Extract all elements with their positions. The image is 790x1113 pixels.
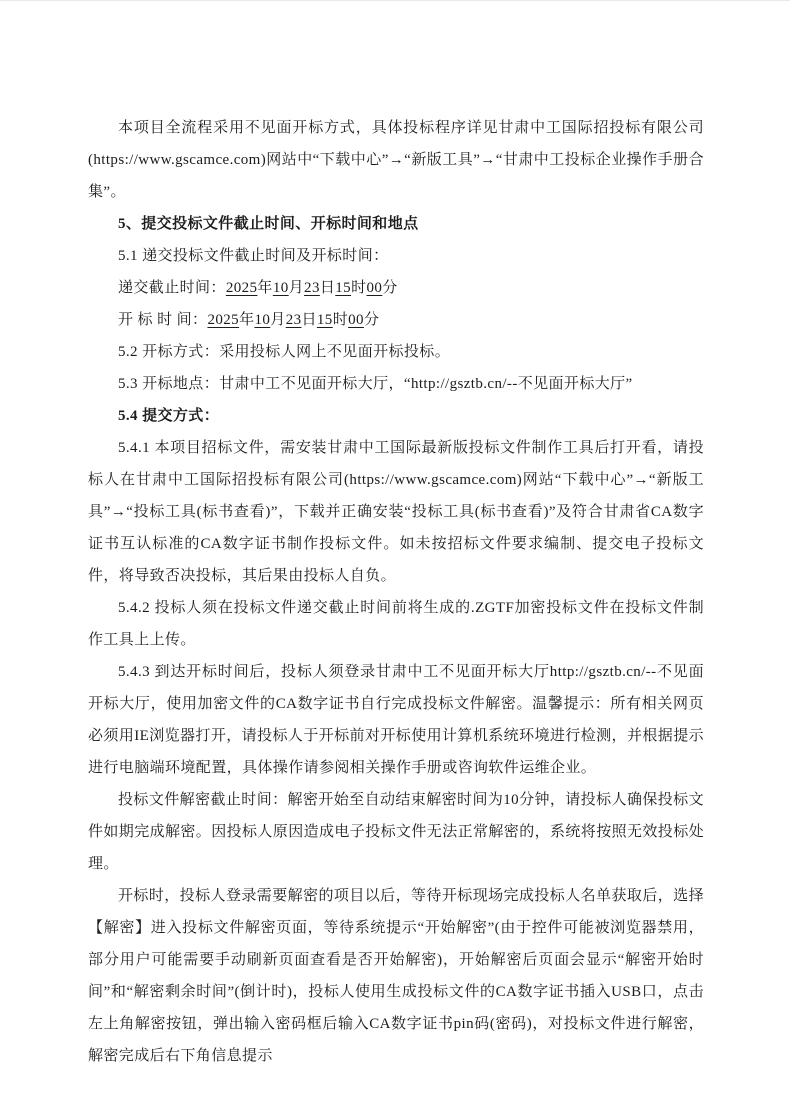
open-time-month: 10 (254, 312, 270, 328)
submit-deadline-hour: 15 (335, 280, 351, 296)
open-time-month-unit: 月 (270, 312, 285, 328)
open-time-hour: 15 (317, 312, 333, 328)
open-time-minute-unit: 分 (364, 312, 379, 328)
open-time-year-unit: 年 (239, 312, 254, 328)
item-5-4-3: 5.4.3 到达开标时间后，投标人须登录甘肃中工不见面开标大厅http://gs… (88, 656, 704, 784)
submit-deadline-day-unit: 日 (320, 280, 335, 296)
submit-deadline-label: 递交截止时间： (118, 280, 226, 296)
submit-deadline-year: 2025 (226, 280, 258, 296)
submit-deadline-day: 23 (304, 280, 320, 296)
item-5-4-2: 5.4.2 投标人须在投标文件递交截止时间前将生成的.ZGTF加密投标文件在投标… (88, 592, 704, 656)
submit-deadline-month-unit: 月 (289, 280, 304, 296)
open-time-line: 开 标 时 间：2025年10月23日15时00分 (88, 304, 704, 336)
paragraph-decrypt-process: 开标时，投标人登录需要解密的项目以后，等待开标现场完成投标人名单获取后，选择【解… (88, 880, 704, 1072)
submit-deadline-line: 递交截止时间：2025年10月23日15时00分 (88, 272, 704, 304)
submit-deadline-hour-unit: 时 (351, 280, 366, 296)
paragraph-intro: 本项目全流程采用不见面开标方式，具体投标程序详见甘肃中工国际招投标有限公司(ht… (88, 112, 704, 208)
item-5-3: 5.3 开标地点：甘肃中工不见面开标大厅，“http://gsztb.cn/--… (88, 368, 704, 400)
open-time-hour-unit: 时 (333, 312, 348, 328)
section-5-heading: 5、提交投标文件截止时间、开标时间和地点 (88, 208, 704, 240)
item-5-2: 5.2 开标方式：采用投标人网上不见面开标投标。 (88, 336, 704, 368)
open-time-day-unit: 日 (302, 312, 317, 328)
open-time-label: 开 标 时 间： (118, 312, 207, 328)
open-time-minute: 00 (348, 312, 364, 328)
submit-deadline-minute-unit: 分 (382, 280, 397, 296)
submit-deadline-month: 10 (273, 280, 289, 296)
open-time-year: 2025 (207, 312, 239, 328)
submit-deadline-minute: 00 (366, 280, 382, 296)
item-5-1: 5.1 递交投标文件截止时间及开标时间： (88, 240, 704, 272)
paragraph-decrypt-deadline: 投标文件解密截止时间：解密开始至自动结束解密时间为10分钟，请投标人确保投标文件… (88, 784, 704, 880)
open-time-day: 23 (286, 312, 302, 328)
item-5-4-heading: 5.4 提交方式： (88, 400, 704, 432)
submit-deadline-year-unit: 年 (257, 280, 272, 296)
item-5-4-1: 5.4.1 本项目招标文件，需安装甘肃中工国际最新版投标文件制作工具后打开看，请… (88, 432, 704, 592)
document-page: 本项目全流程采用不见面开标方式，具体投标程序详见甘肃中工国际招投标有限公司(ht… (88, 112, 704, 1072)
